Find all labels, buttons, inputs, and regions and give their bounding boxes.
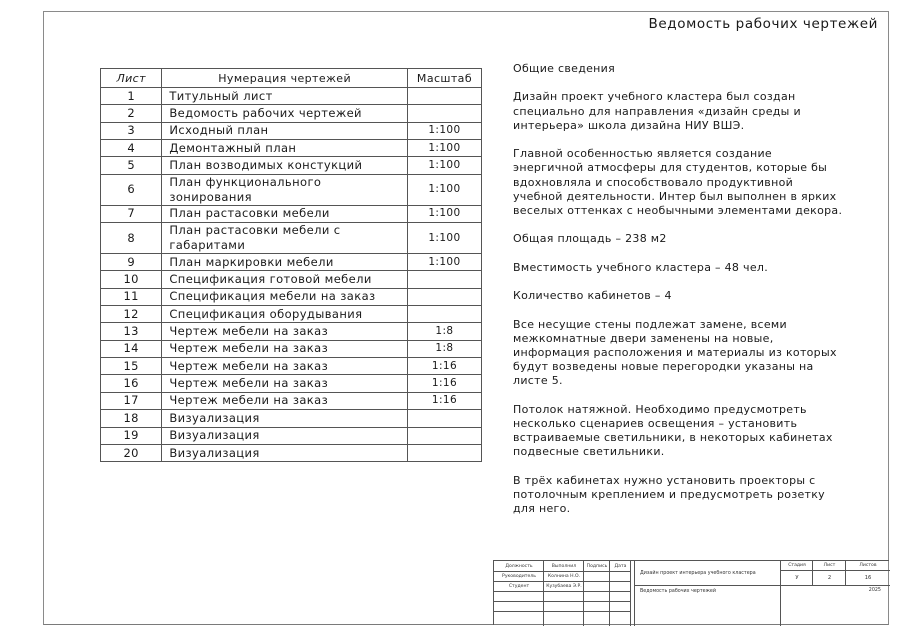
header-name: Нумерация чертежей [162,69,408,88]
tb-position-student: Студент [494,581,544,591]
row-scale [407,427,481,444]
header-scale: Масштаб [407,69,481,88]
tb-line [494,601,631,602]
table-row: 7План растасовки мебели1:100 [101,205,482,222]
row-scale: 1:100 [407,174,481,205]
row-drawing-name: Визуализация [162,444,408,461]
tb-sheet-value: 2 [813,570,846,585]
tb-line [812,561,813,585]
row-sheet-number: 7 [101,205,162,222]
row-drawing-name: Визуализация [162,427,408,444]
tb-sheets-value: 16 [846,570,890,585]
notes-paragraph: В трёх кабинетах нужно установить проект… [513,474,843,517]
tb-name-supervisor: Колнина Н.О. [544,571,584,581]
row-sheet-number: 18 [101,410,162,427]
row-sheet-number: 5 [101,157,162,174]
row-drawing-name: План маркировки мебели [162,254,408,271]
tb-line [494,611,631,612]
row-sheet-number: 10 [101,271,162,288]
row-scale: 1:100 [407,157,481,174]
row-drawing-name: План возводимых констукций [162,157,408,174]
notes-heading: Общие сведения [513,62,843,76]
table-row: 1Титульный лист [101,88,482,105]
row-sheet-number: 15 [101,358,162,375]
notes-paragraph: Общая площадь – 238 м2 [513,232,843,246]
row-sheet-number: 3 [101,122,162,139]
tb-line [494,591,631,592]
row-sheet-number: 1 [101,88,162,105]
drawing-list-table: Лист Нумерация чертежей Масштаб 1Титульн… [100,68,482,462]
row-scale [407,410,481,427]
row-sheet-number: 8 [101,223,162,254]
table-row: 17Чертеж мебели на заказ1:16 [101,392,482,409]
title-block: Должность Выполнил Подпись Дата Руководи… [493,560,889,625]
tb-line [494,571,631,572]
table-row: 6План функционального зонирования1:100 [101,174,482,205]
row-drawing-name: Чертеж мебели на заказ [162,358,408,375]
tb-header-position: Должность [494,561,544,571]
notes-paragraph: Дизайн проект учебного кластера был созд… [513,90,843,133]
row-sheet-number: 9 [101,254,162,271]
tb-position-supervisor: Руководитель [494,571,544,581]
row-drawing-name: Спецификация готовой мебели [162,271,408,288]
row-scale [407,105,481,122]
row-scale [407,306,481,323]
row-sheet-number: 17 [101,392,162,409]
row-drawing-name: Исходный план [162,122,408,139]
notes-paragraph: Количество кабинетов – 4 [513,289,843,303]
row-scale: 1:16 [407,392,481,409]
row-scale: 1:8 [407,323,481,340]
table-row: 2Ведомость рабочих чертежей [101,105,482,122]
table-row: 19Визуализация [101,427,482,444]
row-sheet-number: 12 [101,306,162,323]
row-drawing-name: План растасовки мебели [162,205,408,222]
row-scale: 1:100 [407,254,481,271]
table-row: 3Исходный план1:100 [101,122,482,139]
tb-line [634,561,635,626]
row-sheet-number: 2 [101,105,162,122]
notes-paragraph: Вместимость учебного кластера – 48 чел. [513,261,843,275]
notes-paragraph: Все несущие стены подлежат замене, всеми… [513,318,843,389]
tb-line [780,570,890,571]
row-sheet-number: 11 [101,288,162,305]
table-row: 13Чертеж мебели на заказ1:8 [101,323,482,340]
table-row: 12Спецификация оборудывания [101,306,482,323]
row-drawing-name: Спецификация оборудывания [162,306,408,323]
row-scale [407,271,481,288]
tb-sheet-name: Ведомость рабочих чертежей [635,585,781,626]
row-sheet-number: 4 [101,140,162,157]
row-scale: 1:8 [407,340,481,357]
table-row: 14Чертеж мебели на заказ1:8 [101,340,482,357]
table-row: 20Визуализация [101,444,482,461]
general-notes: Общие сведения Дизайн проект учебного кл… [513,62,843,531]
tb-header-date: Дата [610,561,631,571]
tb-line [845,561,846,585]
sheet-title: Ведомость рабочих чертежей [649,16,878,32]
row-drawing-name: Титульный лист [162,88,408,105]
row-scale [407,88,481,105]
row-scale: 1:16 [407,358,481,375]
tb-stage-value: У [781,570,813,585]
table-row: 9План маркировки мебели1:100 [101,254,482,271]
row-scale: 1:100 [407,140,481,157]
table-row: 5План возводимых констукций1:100 [101,157,482,174]
table-header-row: Лист Нумерация чертежей Масштаб [101,69,482,88]
row-scale [407,288,481,305]
row-drawing-name: Спецификация мебели на заказ [162,288,408,305]
tb-year: 2025 [781,585,890,626]
row-sheet-number: 14 [101,340,162,357]
row-scale [407,444,481,461]
row-scale: 1:100 [407,223,481,254]
table-row: 8План растасовки мебели с габаритами1:10… [101,223,482,254]
row-drawing-name: Визуализация [162,410,408,427]
table-row: 4Демонтажный план1:100 [101,140,482,157]
tb-header-performer: Выполнил [544,561,584,571]
row-sheet-number: 16 [101,375,162,392]
row-scale: 1:100 [407,205,481,222]
tb-name-student: Кузубаева Э.Р. [544,581,584,591]
row-scale: 1:100 [407,122,481,139]
row-drawing-name: Чертеж мебели на заказ [162,323,408,340]
table-row: 10Спецификация готовой мебели [101,271,482,288]
table-row: 18Визуализация [101,410,482,427]
header-sheet: Лист [101,69,162,88]
row-drawing-name: План растасовки мебели с габаритами [162,223,408,254]
row-drawing-name: Чертеж мебели на заказ [162,340,408,357]
row-drawing-name: Демонтажный план [162,140,408,157]
tb-project-name: Дизайн проект интерьера учебного кластер… [635,561,781,585]
tb-header-signature: Подпись [584,561,610,571]
row-sheet-number: 6 [101,174,162,205]
row-scale: 1:16 [407,375,481,392]
table-row: 11Спецификация мебели на заказ [101,288,482,305]
tb-sheet-label: Лист [813,561,846,570]
tb-sheets-label: Листов [846,561,890,570]
notes-paragraph: Главной особенностью является создание э… [513,147,843,218]
table-row: 16Чертеж мебели на заказ1:16 [101,375,482,392]
row-drawing-name: Чертеж мебели на заказ [162,392,408,409]
table-row: 15Чертеж мебели на заказ1:16 [101,358,482,375]
row-sheet-number: 13 [101,323,162,340]
row-drawing-name: План функционального зонирования [162,174,408,205]
row-drawing-name: Ведомость рабочих чертежей [162,105,408,122]
tb-line [494,581,631,582]
tb-line [634,585,890,586]
row-sheet-number: 20 [101,444,162,461]
row-sheet-number: 19 [101,427,162,444]
tb-stage-label: Стадия [781,561,813,570]
row-drawing-name: Чертеж мебели на заказ [162,375,408,392]
notes-paragraph: Потолок натяжной. Необходимо предусмотре… [513,403,843,460]
